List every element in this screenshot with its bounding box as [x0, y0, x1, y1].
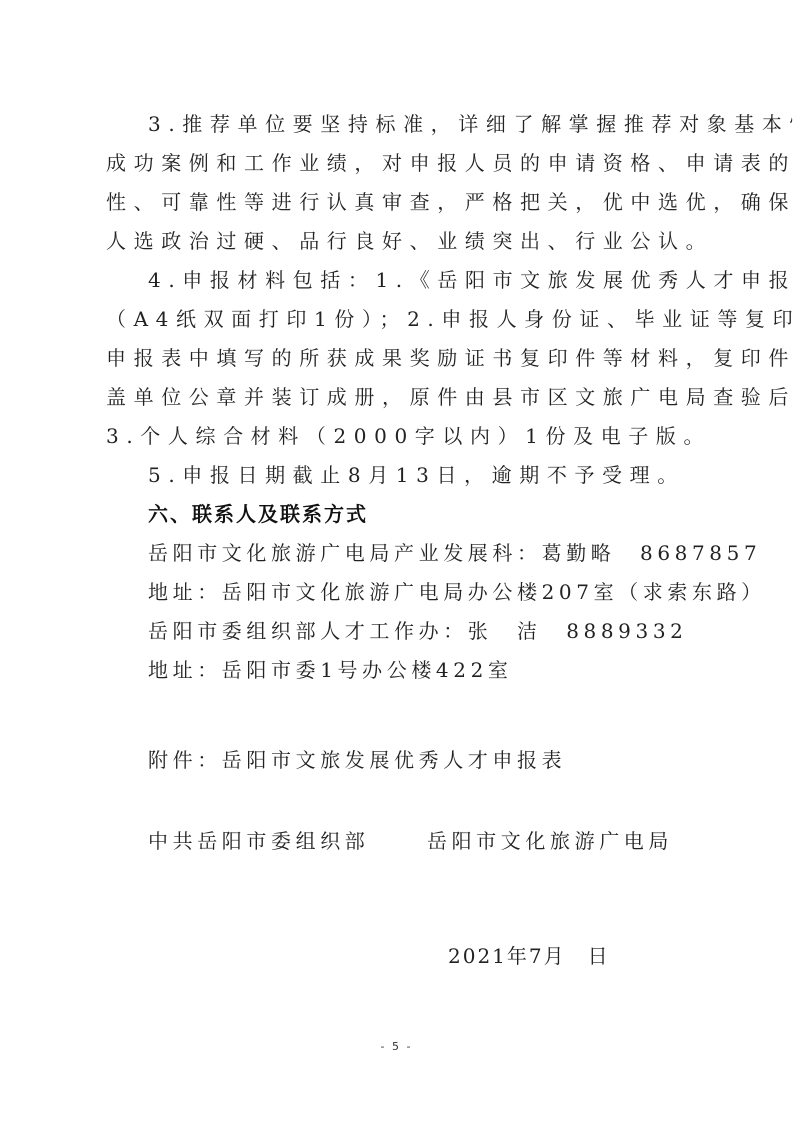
- item3-line-3: 性、可靠性等进行认真审查，严格把关，优中选优，确保推荐: [106, 190, 793, 214]
- signature-left: 中共岳阳市委组织部: [148, 829, 369, 853]
- attachment-text: 附件：岳阳市文旅发展优秀人才申报表: [148, 748, 566, 772]
- contact-line-2: 地址：岳阳市文化旅游广电局办公楼207室（求索东路）: [148, 580, 766, 604]
- contact-line-3: 岳阳市委组织部人才工作办：张 洁 8889332: [148, 619, 687, 643]
- document-page: 3.推荐单位要坚持标准，详细了解掌握推荐对象基本情况、 成功案例和工作业绩，对申…: [0, 0, 793, 1122]
- item5-text: 5.申报日期截止8月13日，逾期不予受理。: [148, 463, 685, 487]
- section6-heading: 六、联系人及联系方式: [148, 502, 368, 526]
- document-date: 2021年7月 日: [448, 944, 610, 968]
- item3-line-2: 成功案例和工作业绩，对申报人员的申请资格、申请表的真实: [106, 151, 793, 175]
- item4-line-2: （A4纸双面打印1份）；2.申报人身份证、毕业证等复印件和: [106, 307, 793, 331]
- item4-line-4: 盖单位公章并装订成册，原件由县市区文旅广电局查验后退回;: [106, 385, 793, 409]
- item4-line-3: 申报表中填写的所获成果奖励证书复印件等材料，复印件需加: [106, 346, 793, 370]
- item4-line-5: 3.个人综合材料（2000字以内）1份及电子版。: [106, 424, 711, 448]
- item3-line-4: 人选政治过硬、品行良好、业绩突出、行业公认。: [106, 229, 713, 253]
- contact-line-4: 地址：岳阳市委1号办公楼422室: [148, 658, 513, 682]
- item3-line-1: 3.推荐单位要坚持标准，详细了解掌握推荐对象基本情况、: [148, 112, 793, 136]
- contact-line-1: 岳阳市文化旅游广电局产业发展科：葛勤略 8687857: [148, 541, 761, 565]
- page-number: - 5 -: [0, 1040, 793, 1053]
- item4-line-1: 4.申报材料包括：1.《岳阳市文旅发展优秀人才申报表》: [148, 268, 793, 292]
- signature-right: 岳阳市文化旅游广电局: [427, 829, 673, 853]
